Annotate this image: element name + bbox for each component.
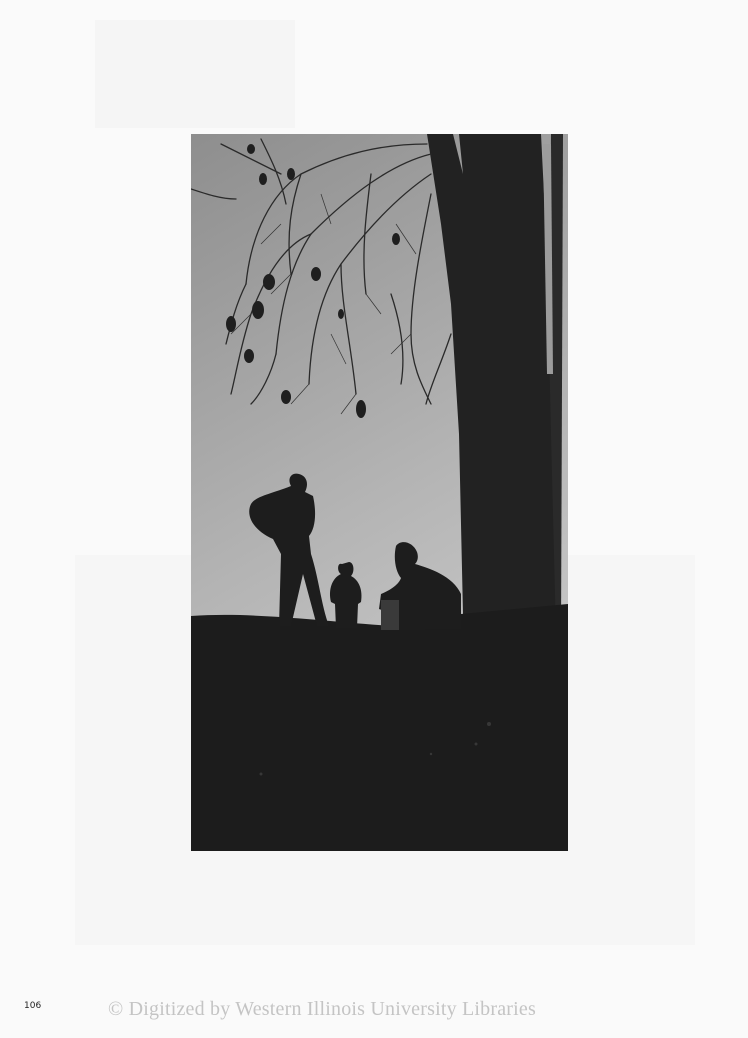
- page-number: 106: [24, 1001, 41, 1011]
- photo-silhouette-scene: [191, 134, 568, 851]
- bleed-through-area: [95, 20, 295, 128]
- digitization-watermark: © Digitized by Western Illinois Universi…: [108, 998, 536, 1021]
- photograph: [191, 134, 568, 851]
